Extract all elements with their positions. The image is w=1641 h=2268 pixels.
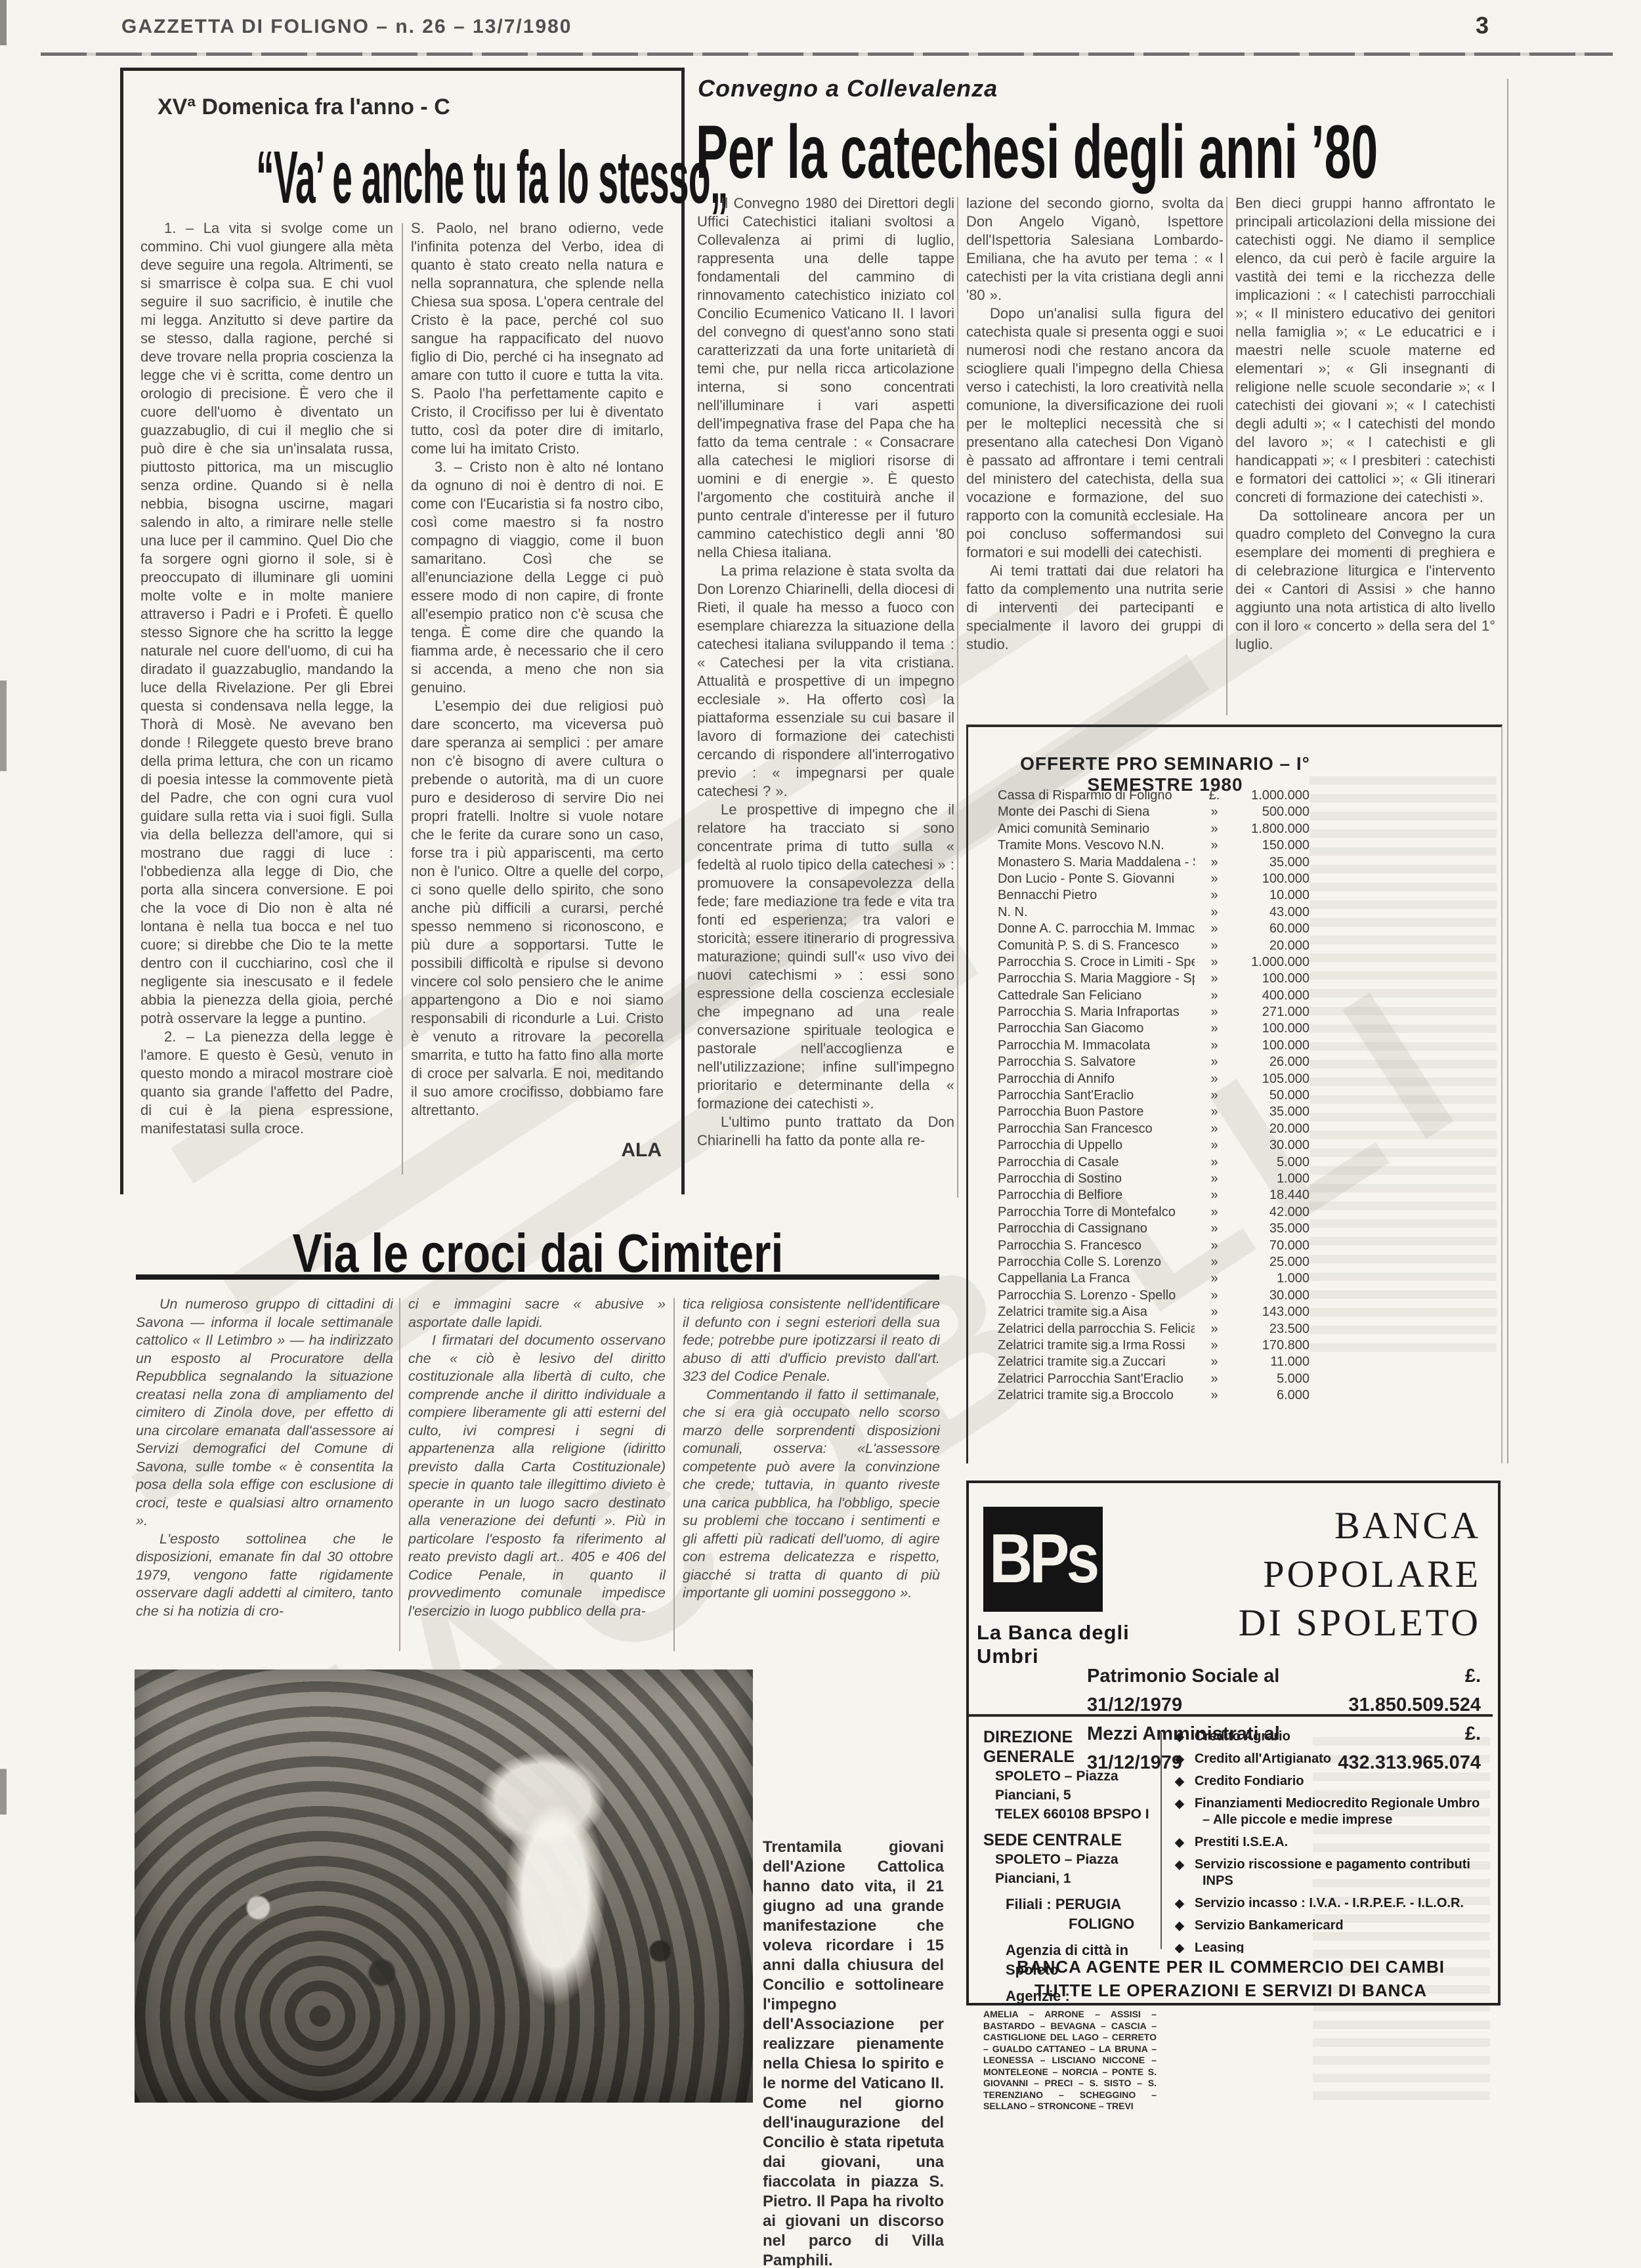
paragraph: L'ultimo punto trattato da Don Chiarinel… <box>697 1113 954 1150</box>
offerte-row: Donne A. C. parrocchia M. Immacolata»60.… <box>998 921 1310 937</box>
paragraph: La prima relazione è stata svolta da Don… <box>697 562 954 801</box>
agenzie-list: AMELIA – ARRONE – ASSISI – BASTARDO – BE… <box>983 2009 1157 2112</box>
cimiteri-headline-rule <box>136 1274 939 1280</box>
offerte-row: Parrocchia S. Salvatore»26.000 <box>998 1054 1310 1070</box>
offerte-row: Bennacchi Pietro»10.000 <box>998 887 1310 904</box>
header-rule <box>41 52 1613 56</box>
paragraph: ci e immagini sacre « abusive » asportat… <box>408 1295 666 1332</box>
offerte-row: Parrocchia Buon Pastore»35.000 <box>998 1104 1310 1120</box>
paragraph: I firmatari del documento osservano che … <box>408 1332 666 1620</box>
offerte-row: Monte dei Paschi di Siena»500.000 <box>998 804 1310 820</box>
paragraph: Le prospettive di impegno che il relator… <box>697 801 954 1113</box>
column-divider <box>399 1298 400 1651</box>
paragraph: Dopo un'analisi sulla figura del catechi… <box>966 304 1224 562</box>
paragraph: 2. – La pienezza della legge è l'amore. … <box>140 1028 393 1138</box>
offerte-row: Parrocchia S. Croce in Limiti - Spello»1… <box>998 954 1310 971</box>
article-column-1: 1. – La vita si svolge come un commino. … <box>140 219 393 1181</box>
convegno-kicker: Convegno a Collevalenza <box>698 75 998 102</box>
offerte-row: Parrocchia San Francesco»20.000 <box>998 1121 1310 1137</box>
offerte-list: Cassa di Risparmio di Foligno£.1.000.000… <box>998 787 1310 1404</box>
offerte-row: Zelatrici tramite sig.a Broccolo»6.000 <box>998 1387 1310 1404</box>
article-kicker: XVª Domenica fra l'anno - C <box>158 94 450 120</box>
newspaper-page: JACOBILLI GAZZETTA DI FOLIGNO – n. 26 – … <box>0 0 1641 2268</box>
offerte-row: Parrocchia S. Maria Maggiore - Spello»10… <box>998 971 1310 987</box>
offerte-row: Parrocchia M. Immacolata»100.000 <box>998 1038 1310 1054</box>
paragraph: tica religiosa consistente nell'identifi… <box>683 1295 940 1386</box>
telex: TELEX 660108 BPSPO I <box>983 1805 1157 1824</box>
offerte-row: Parrocchia di Cassignano»35.000 <box>998 1221 1310 1237</box>
paragraph: Da sottolineare ancora per un quadro com… <box>1235 507 1495 654</box>
paragraph: Un numeroso gruppo di cittadini di Savon… <box>136 1295 393 1530</box>
photo-caption: Trentamila giovani dell'Azione Cattolica… <box>763 1837 944 2113</box>
patrimonio-row: Patrimonio Sociale al 31/12/1979 £. 31.8… <box>1087 1662 1481 1719</box>
offerte-row: Zelatrici Parrocchia Sant'Eraclio»5.000 <box>998 1371 1310 1387</box>
paragraph: 1. – La vita si svolge come un commino. … <box>140 219 393 1028</box>
sede-title: SEDE CENTRALE <box>983 1830 1157 1850</box>
page-edge-rule <box>1507 79 1508 1463</box>
paragraph: Servizio Bankamericard <box>1175 1918 1485 1934</box>
offerte-row: Parrocchia S. Lorenzo - Spello»30.000 <box>998 1288 1310 1304</box>
offerte-row: Don Lucio - Ponte S. Giovanni»100.000 <box>998 871 1310 887</box>
paragraph: Il Convegno 1980 dei Direttori degli Uff… <box>697 194 954 562</box>
offerte-row: Zelatrici della parrocchia S. Feliciano»… <box>998 1321 1310 1337</box>
cimiteri-column-2: ci e immagini sacre « abusive » asportat… <box>408 1295 666 1658</box>
offerte-row: Cassa di Risparmio di Foligno£.1.000.000 <box>998 787 1310 804</box>
convegno-column-2: lazione del secondo giorno, svolta da Do… <box>966 194 1224 718</box>
paragraph: Credito all'Artigianato <box>1175 1751 1485 1767</box>
offerte-row: Zelatrici tramite sig.a Zuccari»11.000 <box>998 1354 1310 1370</box>
article-headline: “Va’ e anche tu fa lo stesso„ <box>123 135 679 214</box>
paragraph: Credito Agrario <box>1175 1729 1485 1745</box>
cimiteri-column-3: tica religiosa consistente nell'identifi… <box>683 1295 940 1658</box>
offerte-row: Parrocchia di Annifo»105.000 <box>998 1071 1310 1087</box>
offerte-row: Cappellania La Franca»1.000 <box>998 1270 1310 1287</box>
article-signature: ALA <box>576 1139 662 1162</box>
bank-footer-2: TUTTE LE OPERAZIONI E SERVIZI DI BANCA <box>969 1981 1493 2001</box>
bank-addresses: DIREZIONE GENERALE SPOLETO – Piazza Pian… <box>983 1727 1157 2112</box>
direzione-title: DIREZIONE GENERALE <box>983 1727 1157 1767</box>
ad-column-divider <box>1161 1732 1162 1949</box>
paragraph: L'esposto sottolinea che le disposizioni… <box>136 1530 393 1621</box>
bank-name: BANCA POPOLARE DI SPOLETO <box>1225 1501 1481 1647</box>
bps-logo: BPs <box>983 1507 1103 1612</box>
article-column-2: S. Paolo, nel brano odierno, vede l'infi… <box>411 219 664 1131</box>
convegno-column-3: Ben dieci gruppi hanno affrontato le pri… <box>1235 194 1495 718</box>
paragraph: 3. – Cristo non è alto né lontano da ogn… <box>411 458 664 697</box>
offerte-row: Parrocchia Colle S. Lorenzo»25.000 <box>998 1254 1310 1270</box>
offerte-row: Parrocchia San Giacomo»100.000 <box>998 1020 1310 1037</box>
paragraph: Servizio riscossione e pagamento contrib… <box>1175 1857 1485 1889</box>
paragraph: lazione del secondo giorno, svolta da Do… <box>966 194 1224 304</box>
offerte-row: Cattedrale San Feliciano»400.000 <box>998 988 1310 1004</box>
offerte-row: Parrocchia S. Maria Infraportas»271.000 <box>998 1004 1310 1020</box>
offerte-row: Parrocchia Sant'Eraclio»50.000 <box>998 1087 1310 1104</box>
offerte-row: Zelatrici tramite sig.a Irma Rossi»170.8… <box>998 1337 1310 1354</box>
bank-services: Credito AgrarioCredito all'ArtigianatoCr… <box>1175 1729 1485 1953</box>
paragraph: Commentando il fatto il settimanale, che… <box>683 1386 940 1603</box>
offerte-row: Comunità P. S. di S. Francesco»20.000 <box>998 938 1310 954</box>
offerte-row: N. N.»43.000 <box>998 904 1310 921</box>
paragraph: L'esempio dei due religiosi può dare sco… <box>411 697 664 1120</box>
paragraph: Credito Fondiario <box>1175 1773 1485 1790</box>
scan-edge <box>0 0 7 2268</box>
cimiteri-headline: Via le croci dai Cimiteri <box>136 1222 939 1277</box>
offerte-row: Parrocchia di Belfiore»18.440 <box>998 1187 1310 1204</box>
column-divider <box>957 197 958 1198</box>
offerte-row: Parrocchia S. Francesco»70.000 <box>998 1238 1310 1254</box>
ad-divider <box>969 1714 1493 1717</box>
offerte-row: Monastero S. Maria Maddalena - Spello»35… <box>998 854 1310 871</box>
offerte-row: Parrocchia Torre di Montefalco»42.000 <box>998 1204 1310 1221</box>
convegno-column-1: Il Convegno 1980 dei Direttori degli Uff… <box>697 194 954 1205</box>
offerte-row: Parrocchia di Uppello»30.000 <box>998 1137 1310 1154</box>
page-number: 3 <box>1476 12 1489 39</box>
column-divider <box>402 223 403 1175</box>
paragraph: Ai temi trattati dai due relatori ha fat… <box>966 562 1224 654</box>
column-divider <box>1226 197 1227 715</box>
filiale-foligno: FOLIGNO <box>983 1914 1157 1934</box>
paragraph: Ben dieci gruppi hanno affrontato le pri… <box>1235 194 1495 507</box>
paragraph: Prestiti I.S.E.A. <box>1175 1834 1485 1851</box>
convegno-headline: Per la catechesi degli anni ’80 <box>696 109 1506 190</box>
offerte-row: Tramite Mons. Vescovo N.N.»150.000 <box>998 837 1310 854</box>
direzione-addr: SPOLETO – Piazza Pianciani, 5 <box>983 1767 1157 1805</box>
bank-ad: BPs La Banca degli Umbri BANCA POPOLARE … <box>966 1480 1501 2005</box>
crowd-photo <box>135 1669 753 2103</box>
article-va-e-anche-tu: XVª Domenica fra l'anno - C “Va’ e anche… <box>120 68 685 1194</box>
paragraph: S. Paolo, nel brano odierno, vede l'infi… <box>411 219 664 458</box>
offerte-row: Zelatrici tramite sig.a Aisa»143.000 <box>998 1304 1310 1320</box>
offerte-row: Amici comunità Seminario»1.800.000 <box>998 821 1310 837</box>
masthead: GAZZETTA DI FOLIGNO – n. 26 – 13/7/1980 <box>121 16 572 38</box>
sede-addr: SPOLETO – Piazza Pianciani, 1 <box>983 1850 1157 1888</box>
bank-footer-1: BANCA AGENTE PER IL COMMERCIO DEI CAMBI <box>969 1957 1493 1977</box>
paragraph: Servizio incasso : I.V.A. - I.R.P.E.F. -… <box>1175 1895 1485 1912</box>
offerte-row: Parrocchia di Casale»5.000 <box>998 1154 1310 1171</box>
column-divider <box>673 1298 675 1651</box>
paragraph: Finanziamenti Mediocredito Regionale Umb… <box>1175 1795 1485 1828</box>
paragraph: Leasing <box>1175 1940 1485 1953</box>
offerte-row: Parrocchia di Sostino»1.000 <box>998 1171 1310 1187</box>
cimiteri-column-1: Un numeroso gruppo di cittadini di Savon… <box>136 1295 393 1658</box>
filiali-line: Filiali : PERUGIA <box>983 1895 1157 1914</box>
offerte-box: OFFERTE PRO SEMINARIO – I° SEMESTRE 1980… <box>966 724 1502 1463</box>
